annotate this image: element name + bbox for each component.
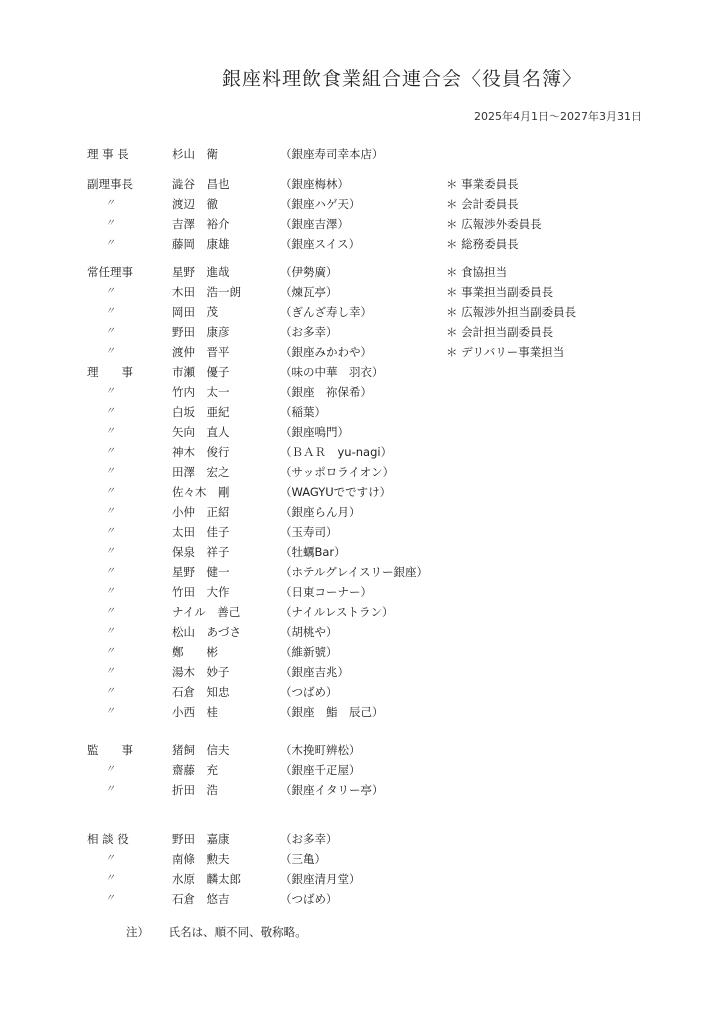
officer-role: 〃 — [105, 215, 175, 233]
officer-role: 〃 — [105, 603, 175, 621]
officer-name: ナイル 善己 — [172, 603, 272, 621]
footnote-label: 注） — [126, 925, 149, 939]
officer-role: 〃 — [105, 463, 175, 481]
officer-name: 松山 あづさ — [172, 623, 272, 641]
officer-role: 〃 — [105, 523, 175, 541]
officer-role: 〃 — [105, 703, 175, 721]
officer-role: 〃 — [105, 850, 175, 868]
officer-role: 〃 — [105, 235, 175, 253]
officer-role: 〃 — [105, 623, 175, 641]
footnote: 注） 氏名は、順不同、敬称略。 — [126, 924, 307, 940]
officer-name: 保泉 祥子 — [172, 543, 272, 561]
officer-affiliation: （銀座梅林） — [280, 175, 349, 193]
officer-name: 岡田 茂 — [172, 303, 272, 321]
officer-role: 相 談 役 — [87, 830, 157, 848]
officer-role: 〃 — [105, 870, 175, 888]
officer-affiliation: （胡桃や） — [280, 623, 338, 641]
officer-role: 〃 — [105, 423, 175, 441]
officer-affiliation: （WAGYUでですけ） — [280, 483, 391, 501]
officer-role: 理 事 長 — [87, 145, 157, 163]
officer-name: 竹内 太一 — [172, 383, 272, 401]
officer-affiliation: （お多幸） — [280, 830, 338, 848]
officer-role: 〃 — [105, 443, 175, 461]
officer-affiliation: （ホテルグレイスリー銀座） — [280, 563, 428, 581]
officer-role: 〃 — [105, 323, 175, 341]
officer-name: 石倉 知忠 — [172, 683, 272, 701]
officer-role: 〃 — [105, 343, 175, 361]
officer-role: 〃 — [105, 483, 175, 501]
officer-affiliation: （銀座鳴門） — [280, 423, 349, 441]
officer-role: 常任理事 — [87, 263, 157, 281]
officer-affiliation: （ナイルレストラン） — [280, 603, 394, 621]
officer-duty: ＊ 会計委員長 — [446, 195, 519, 213]
officer-name: 木田 浩一朗 — [172, 283, 272, 301]
officer-role: 監 事 — [87, 741, 157, 759]
officer-name: 矢向 直人 — [172, 423, 272, 441]
officer-duty: ＊ 事業委員長 — [446, 175, 519, 193]
officer-affiliation: （日東コーナー） — [280, 583, 372, 601]
officer-duty: ＊ 広報渉外担当副委員長 — [446, 303, 576, 321]
officer-name: 石倉 悠吉 — [172, 890, 272, 908]
officer-role: 理 事 — [87, 363, 157, 381]
officer-role: 〃 — [105, 890, 175, 908]
officer-name: 小仲 正紹 — [172, 503, 272, 521]
officer-role: 〃 — [105, 303, 175, 321]
officer-affiliation: （三亀） — [280, 850, 326, 868]
officer-duty: ＊ 広報渉外委員長 — [446, 215, 542, 233]
officer-name: 野田 康彦 — [172, 323, 272, 341]
officer-role: 〃 — [105, 663, 175, 681]
officer-affiliation: （銀座ハゲ天） — [280, 195, 361, 213]
officer-role: 副理事長 — [87, 175, 157, 193]
officer-duty: ＊ 総務委員長 — [446, 235, 519, 253]
officer-name: 折田 浩 — [172, 781, 272, 799]
officer-name: 杉山 衛 — [172, 145, 272, 163]
officer-affiliation: （お多幸） — [280, 323, 338, 341]
officer-duty: ＊ 食協担当 — [446, 263, 507, 281]
officer-affiliation: （銀座寿司幸本店） — [280, 145, 384, 163]
officer-name: 澁谷 昌也 — [172, 175, 272, 193]
officer-name: 市瀬 優子 — [172, 363, 272, 381]
officer-name: 田澤 宏之 — [172, 463, 272, 481]
officer-role: 〃 — [105, 583, 175, 601]
officer-role: 〃 — [105, 283, 175, 301]
officer-duty: ＊ 事業担当副委員長 — [446, 283, 553, 301]
officer-name: 神木 俊行 — [172, 443, 272, 461]
officer-affiliation: （サッポロライオン） — [280, 463, 394, 481]
officer-role: 〃 — [105, 683, 175, 701]
officer-name: 齋藤 充 — [172, 761, 272, 779]
officer-name: 吉澤 裕介 — [172, 215, 272, 233]
officer-affiliation: （銀座 鮨 辰己） — [280, 703, 384, 721]
officer-affiliation: （維新號） — [280, 643, 338, 661]
officer-name: 渡仲 晋平 — [172, 343, 272, 361]
officer-affiliation: （銀座らん月） — [280, 503, 361, 521]
officer-name: 渡辺 徹 — [172, 195, 272, 213]
page-title: 銀座料理飲食業組合連合会〈役員名簿〉 — [222, 64, 582, 91]
officer-name: 小西 桂 — [172, 703, 272, 721]
officer-affiliation: （銀座千疋屋） — [280, 761, 361, 779]
officer-role: 〃 — [105, 563, 175, 581]
officer-affiliation: （牡蠣Bar） — [280, 543, 346, 561]
officer-role: 〃 — [105, 403, 175, 421]
officer-affiliation: （玉寿司） — [280, 523, 338, 541]
officer-name: 太田 佳子 — [172, 523, 272, 541]
officer-affiliation: （銀座イタリー亭） — [280, 781, 384, 799]
officer-affiliation: （ぎんざ寿し幸） — [280, 303, 372, 321]
officer-affiliation: （木挽町辨松） — [280, 741, 361, 759]
officer-affiliation: （銀座清月堂） — [280, 870, 361, 888]
officer-role: 〃 — [105, 383, 175, 401]
officer-affiliation: （ＢＡＲ yu-nagi） — [280, 443, 392, 461]
officer-name: 湯木 妙子 — [172, 663, 272, 681]
officer-name: 白坂 亜紀 — [172, 403, 272, 421]
officer-affiliation: （煉瓦亭） — [280, 283, 338, 301]
officer-duty: ＊ 会計担当副委員長 — [446, 323, 553, 341]
officer-name: 水原 麟太郎 — [172, 870, 272, 888]
officer-affiliation: （銀座みかわや） — [280, 343, 372, 361]
officer-name: 猪飼 信夫 — [172, 741, 272, 759]
officer-name: 南條 勲夫 — [172, 850, 272, 868]
officer-duty: ＊ デリバリー事業担当 — [446, 343, 564, 361]
term-period: 2025年4月1日～2027年3月31日 — [474, 108, 642, 124]
officer-affiliation: （伊勢廣） — [280, 263, 338, 281]
officer-affiliation: （銀座スイス） — [280, 235, 360, 253]
officer-name: 佐々木 剛 — [172, 483, 272, 501]
officer-name: 藤岡 康雄 — [172, 235, 272, 253]
officer-name: 星野 進哉 — [172, 263, 272, 281]
officer-affiliation: （つばめ） — [280, 683, 338, 701]
officer-role: 〃 — [105, 195, 175, 213]
officer-role: 〃 — [105, 643, 175, 661]
officer-affiliation: （味の中華 羽衣） — [280, 363, 384, 381]
officer-name: 鄭 彬 — [172, 643, 272, 661]
officer-name: 竹田 大作 — [172, 583, 272, 601]
officer-role: 〃 — [105, 543, 175, 561]
officer-role: 〃 — [105, 503, 175, 521]
footnote-text: 氏名は、順不同、敬称略。 — [169, 925, 307, 939]
officer-affiliation: （銀座 祢保希） — [280, 383, 372, 401]
officer-role: 〃 — [105, 761, 175, 779]
officer-affiliation: （銀座吉澤） — [280, 215, 349, 233]
officer-name: 野田 嘉康 — [172, 830, 272, 848]
officer-affiliation: （つばめ） — [280, 890, 338, 908]
officer-affiliation: （銀座吉兆） — [280, 663, 349, 681]
officer-affiliation: （稲葉） — [280, 403, 326, 421]
officer-name: 星野 健一 — [172, 563, 272, 581]
officer-role: 〃 — [105, 781, 175, 799]
